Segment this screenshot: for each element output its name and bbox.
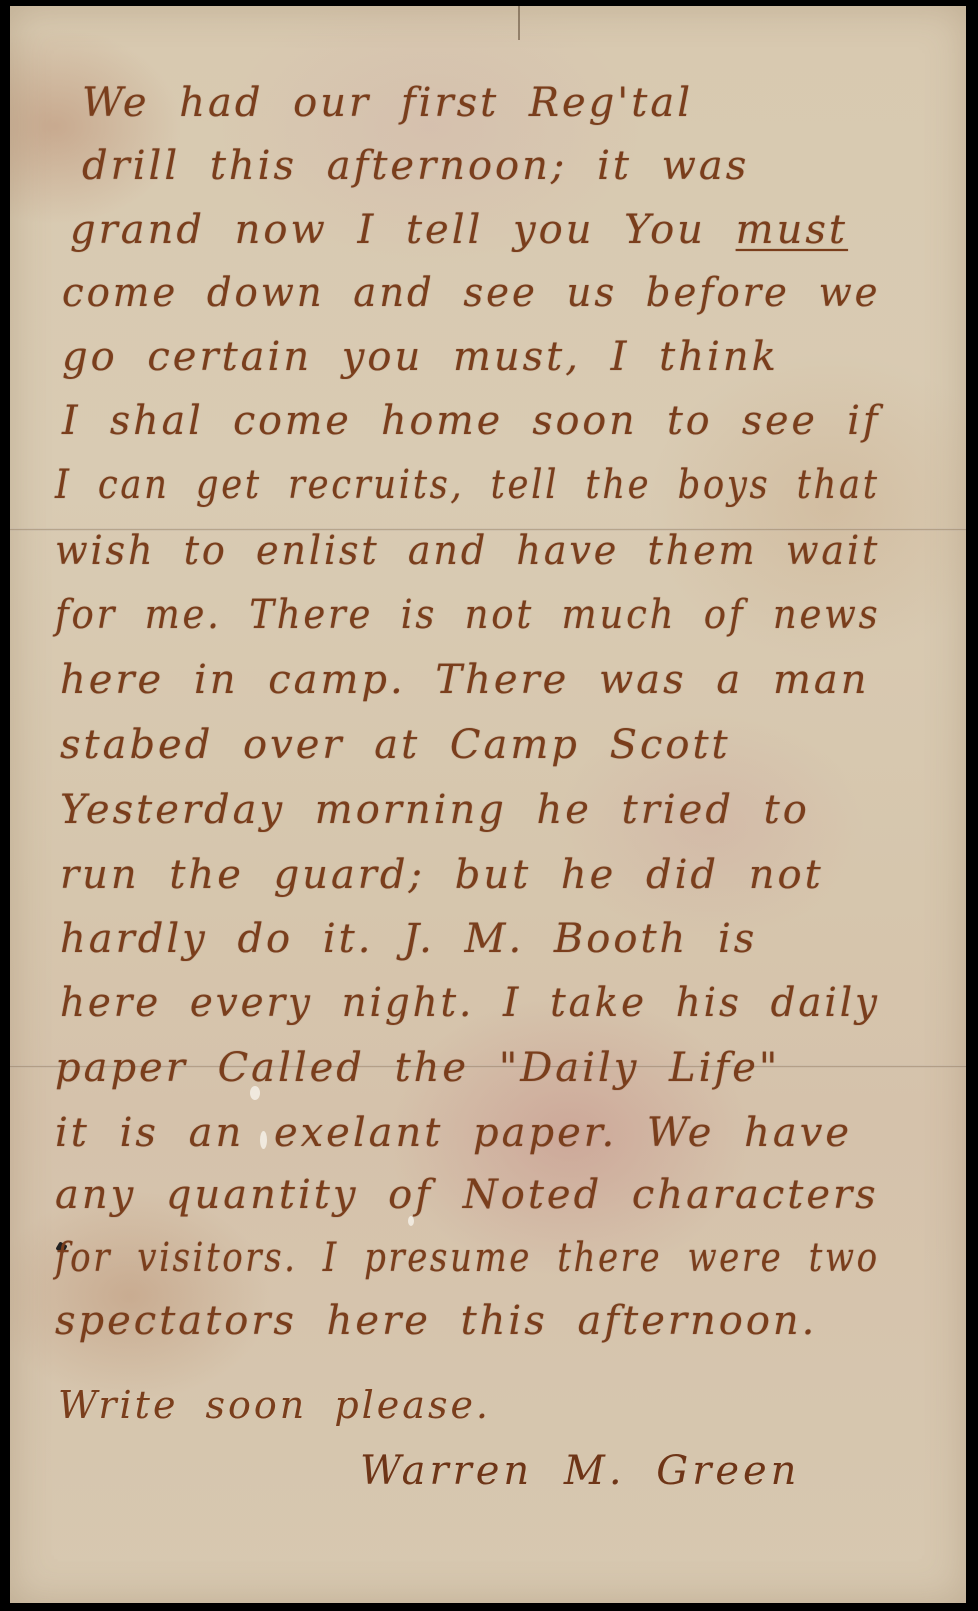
letter-line: here in camp. There was a man — [60, 657, 869, 703]
letter-line: run the guard; but he did not — [60, 852, 824, 898]
paper-tear — [518, 6, 520, 40]
letter-line: come down and see us before we — [62, 270, 880, 316]
letter-line: We had our first Reg'tal — [82, 80, 693, 126]
letter-line: paper Called the "Daily Life" — [55, 1045, 780, 1091]
letter-line: I shal come home soon to see if — [62, 398, 880, 444]
letter-line: it is an exelant paper. We have — [55, 1110, 852, 1156]
letter-line: go certain you must, I think — [62, 334, 779, 380]
letter-line: wish to enlist and have them wait — [55, 528, 880, 574]
letter-line: spectators here this afternoon. — [55, 1298, 817, 1344]
line-text: grand now I tell you You — [70, 207, 736, 253]
letter-line: stabed over at Camp Scott — [60, 722, 731, 768]
letter-line-emphasis: grand now I tell you You must — [70, 207, 848, 253]
letter-line: for me. There is not much of news — [55, 592, 880, 638]
letter-line: for visitors. I presume there were two — [55, 1235, 880, 1281]
signature: Warren M. Green — [360, 1448, 800, 1494]
letter-line: any quantity of Noted characters — [55, 1172, 879, 1218]
closing-line: Write soon please. — [58, 1383, 491, 1427]
letter-line: I can get recruits, tell the boys that — [55, 462, 880, 508]
letter-line: drill this afternoon; it was — [82, 143, 749, 189]
letter-line: hardly do it. J. M. Booth is — [60, 916, 757, 962]
letter-line: Yesterday morning he tried to — [60, 787, 810, 833]
letter-line: here every night. I take his daily — [60, 980, 880, 1026]
underlined-word: must — [736, 207, 848, 253]
